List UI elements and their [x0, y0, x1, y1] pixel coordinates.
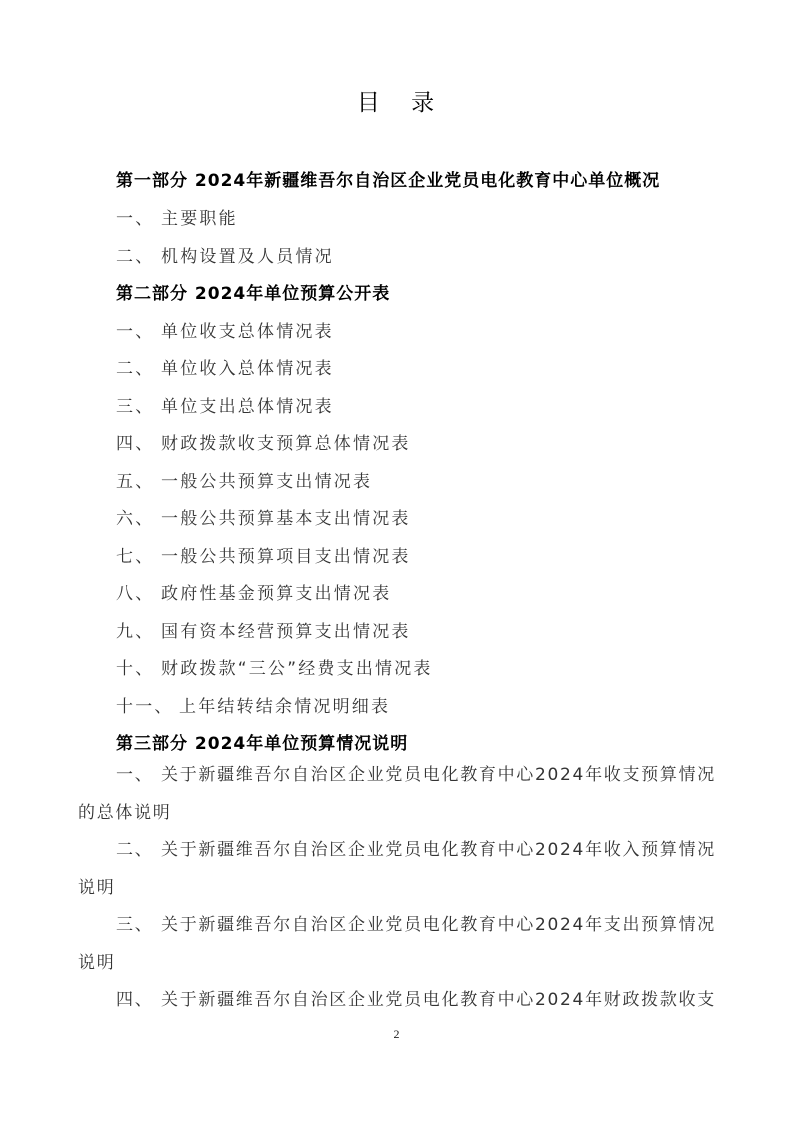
toc-item: 四、财政拨款收支预算总体情况表 — [116, 429, 411, 454]
toc-item: 二、单位收入总体情况表 — [116, 354, 334, 379]
toc-item: 六、一般公共预算基本支出情况表 — [116, 504, 411, 529]
part2-heading: 第二部分 2024年单位预算公开表 — [116, 279, 390, 304]
toc-paragraph: 一、关于新疆维吾尔自治区企业党员电化教育中心2024年收支预算情况的总体说明 — [78, 757, 718, 832]
toc-item: 一、单位收支总体情况表 — [116, 317, 334, 342]
toc-item: 八、政府性基金预算支出情况表 — [116, 579, 391, 604]
toc-paragraph: 四、关于新疆维吾尔自治区企业党员电化教育中心2024年财政拨款收支 — [78, 982, 718, 1020]
toc-item: 三、单位支出总体情况表 — [116, 392, 334, 417]
toc-item: 二、机构设置及人员情况 — [116, 242, 334, 267]
toc-item: 十一、上年结转结余情况明细表 — [116, 692, 390, 717]
page-number: 2 — [0, 1027, 793, 1042]
toc-paragraph: 二、关于新疆维吾尔自治区企业党员电化教育中心2024年收入预算情况说明 — [78, 832, 718, 907]
toc-item: 一、主要职能 — [116, 204, 238, 229]
part1-heading: 第一部分 2024年新疆维吾尔自治区企业党员电化教育中心单位概况 — [116, 166, 660, 191]
toc-paragraph: 三、关于新疆维吾尔自治区企业党员电化教育中心2024年支出预算情况说明 — [78, 907, 718, 982]
page-title: 目 录 — [0, 84, 793, 117]
toc-item: 七、一般公共预算项目支出情况表 — [116, 542, 411, 567]
toc-item: 九、国有资本经营预算支出情况表 — [116, 617, 411, 642]
toc-item: 十、财政拨款“三公”经费支出情况表 — [116, 654, 433, 679]
document-page: 目 录 第一部分 2024年新疆维吾尔自治区企业党员电化教育中心单位概况 一、主… — [0, 0, 793, 1122]
toc-item: 五、一般公共预算支出情况表 — [116, 467, 372, 492]
part3-heading: 第三部分 2024年单位预算情况说明 — [116, 729, 408, 754]
